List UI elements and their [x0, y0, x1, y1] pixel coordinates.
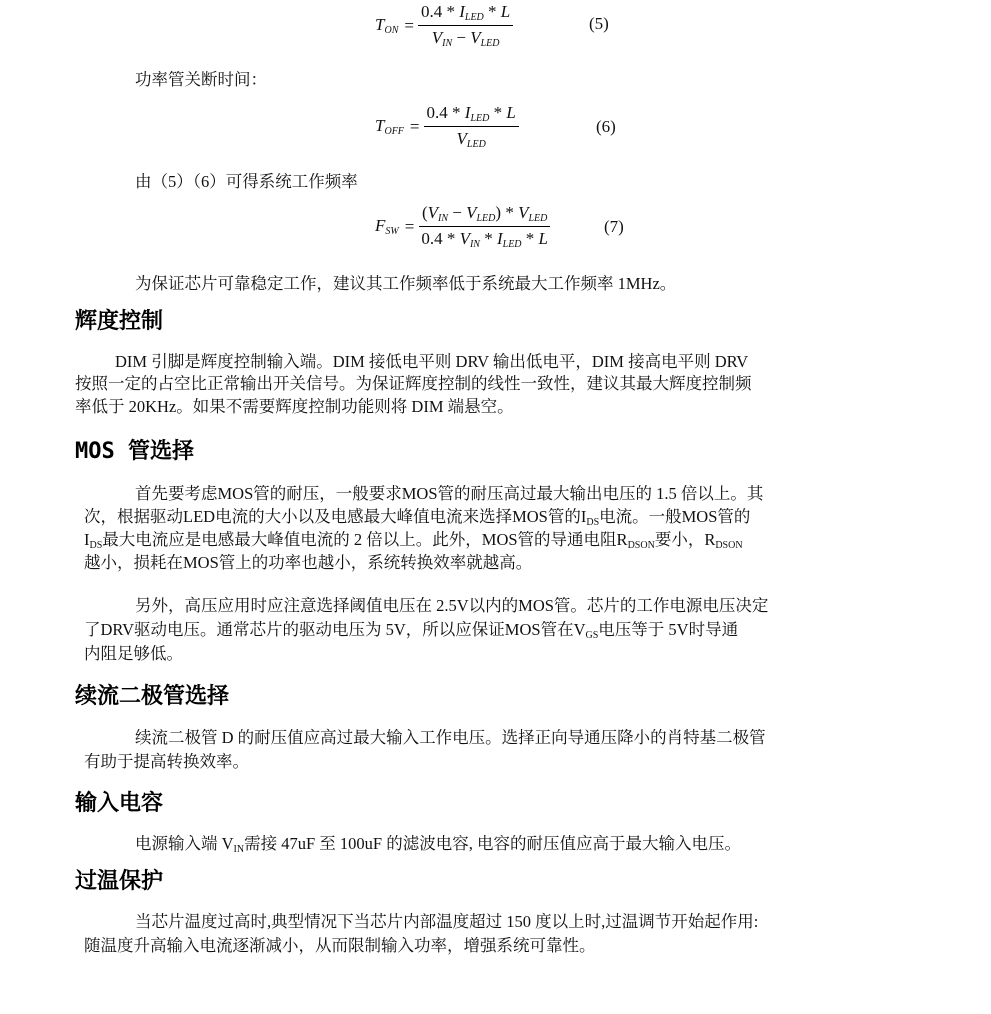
dimming-line-2: 按照一定的占空比正常输出开关信号。为保证辉度控制的线性一致性，建议其最大辉度控制…	[75, 372, 752, 395]
eq-lhs: TON	[375, 15, 398, 36]
off-time-label: 功率管关断时间：	[135, 68, 267, 91]
section-title-mos: MOS 管选择	[75, 438, 194, 466]
equation-toff: TOFF = 0.4 * ILED * L VLED	[375, 103, 519, 150]
dimming-line-3: 率低于 20KHz。如果不需要辉度控制功能则将 DIM 端悬空。	[75, 395, 514, 418]
equation-number: (7)	[604, 217, 624, 237]
input-cap-line: 电源输入端 VIN需接 47uF 至 100uF 的滤波电容, 电容的耐压值应高…	[135, 832, 741, 861]
equation-ton: TON = 0.4 * ILED * L VIN − VLED	[375, 2, 513, 49]
mos-p2-line-3: 内阻足够低。	[84, 642, 183, 665]
equation-number: (6)	[596, 117, 616, 137]
diode-line-2: 有助于提高转换效率。	[84, 750, 249, 773]
equals-sign: =	[410, 117, 420, 137]
section-title-diode: 续流二极管选择	[75, 683, 229, 711]
section-title-otp: 过温保护	[75, 868, 163, 896]
mos-p1-line-1: 首先要考虑MOS管的耐压，一般要求MOS管的耐压高过最大输出电压的 1.5 倍以…	[135, 482, 763, 505]
fraction: 0.4 * ILED * L VIN − VLED	[418, 2, 513, 49]
equals-sign: =	[404, 16, 414, 36]
equation-number: (5)	[589, 14, 609, 34]
eq-lhs: TOFF	[375, 116, 404, 137]
fraction: 0.4 * ILED * L VLED	[424, 103, 519, 150]
numerator: 0.4 * ILED * L	[418, 2, 513, 26]
numerator: (VIN − VLED) * VLED	[419, 203, 550, 227]
equals-sign: =	[405, 217, 415, 237]
otp-line-2: 随温度升高输入电流逐渐减小，从而限制输入功率，增强系统可靠性。	[84, 934, 596, 957]
numerator: 0.4 * ILED * L	[424, 103, 519, 127]
section-title-input-cap: 输入电容	[75, 790, 163, 818]
denominator: VLED	[454, 127, 489, 150]
denominator: VIN − VLED	[429, 26, 503, 49]
denominator: 0.4 * VIN * ILED * L	[418, 227, 551, 250]
dimming-line-1: DIM 引脚是辉度控制输入端。DIM 接低电平则 DRV 输出低电平，DIM 接…	[115, 350, 748, 373]
diode-line-1: 续流二极管 D 的耐压值应高过最大输入工作电压。选择正向导通压降小的肖特基二极管	[135, 726, 766, 749]
freq-advice: 为保证芯片可靠稳定工作，建议其工作频率低于系统最大工作频率 1MHz。	[135, 272, 676, 295]
otp-line-1: 当芯片温度过高时,典型情况下当芯片内部温度超过 150 度以上时,过温调节开始起…	[135, 910, 758, 933]
mos-p1-line-4: 越小，损耗在MOS管上的功率也越小，系统转换效率就越高。	[84, 551, 532, 574]
fraction: (VIN − VLED) * VLED 0.4 * VIN * ILED * L	[418, 203, 551, 250]
eq-lhs: FSW	[375, 216, 399, 237]
freq-intro: 由（5）（6）可得系统工作频率	[135, 170, 358, 193]
mos-p2-line-1: 另外，高压应用时应注意选择阈值电压在 2.5V以内的MOS管。芯片的工作电源电压…	[135, 594, 768, 617]
equation-fsw: FSW = (VIN − VLED) * VLED 0.4 * VIN * IL…	[375, 203, 551, 250]
section-title-dimming: 辉度控制	[75, 308, 163, 336]
